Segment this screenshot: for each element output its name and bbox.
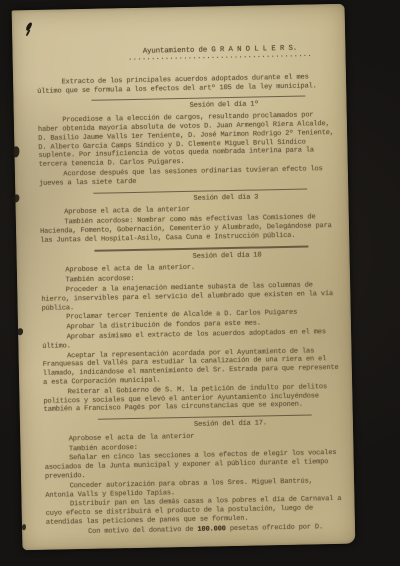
section-heading: Sesión del día 3 — [115, 191, 336, 204]
photo-background: Ayuntamiento de G R A N O L L E R S. ···… — [0, 0, 400, 566]
session-section-2: Sesión del día 3 Aprobose el acta de la … — [39, 191, 337, 245]
session-section-4: Sesión del día 17. Aprobose el acta de l… — [44, 418, 343, 538]
donation-amount: 100.000 — [197, 525, 226, 534]
session-section-3: Sesión del día 10 Aprobose el acta de la… — [41, 249, 341, 414]
section-heading: Sesión del día 17. — [120, 418, 341, 431]
document-page: Ayuntamiento de G R A N O L L E R S. ···… — [12, 4, 356, 551]
closing-text: pesetas ofrecido por D. — [226, 523, 323, 533]
paragraph: Reiterar al Gobierno de S. M. la petició… — [43, 383, 340, 415]
intro-paragraph: Extracto de los principales acuerdos ado… — [37, 73, 334, 97]
closing-text: Con motivo del donativo de — [88, 526, 198, 536]
paragraph: Aceptar la representación acordada por e… — [42, 346, 340, 387]
paragraph: También acordose: Nombrar como más efect… — [40, 213, 337, 245]
paragraph: Procediose a la elección de cargos, resu… — [38, 111, 336, 170]
section-heading: Sesión del día 10 — [117, 249, 338, 262]
section-heading: Sesión del día 1º — [114, 99, 335, 112]
document-content: Ayuntamiento de G R A N O L L E R S. ···… — [12, 4, 356, 551]
session-section-1: Sesión del día 1º Procediose a la elecci… — [38, 99, 337, 188]
